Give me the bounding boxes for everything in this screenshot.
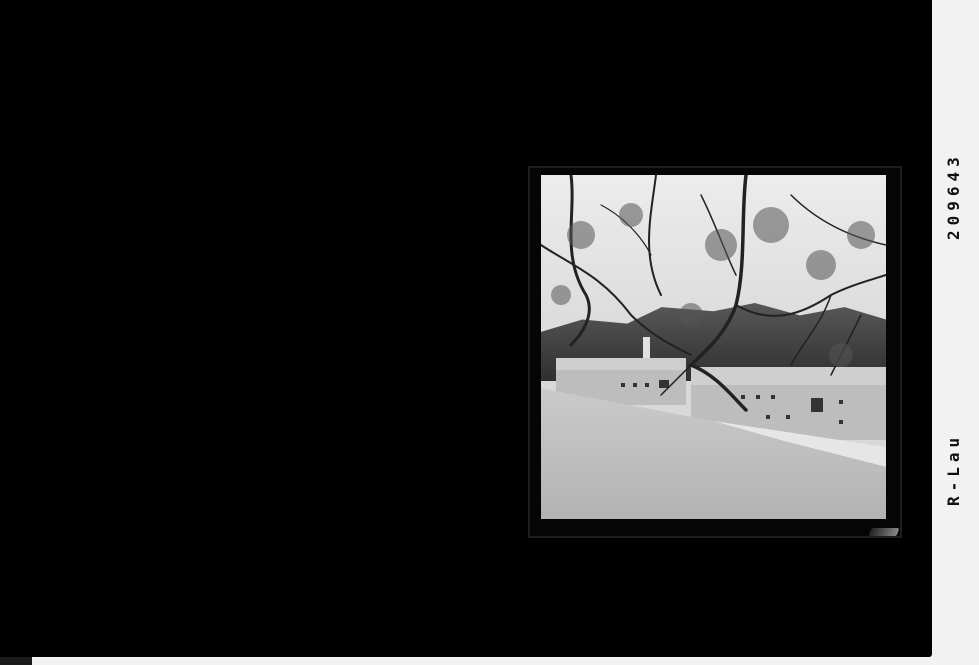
- label-strip: [932, 0, 979, 665]
- tree-branches: [541, 175, 886, 519]
- film-corner-mark: [0, 657, 32, 665]
- location-label: R-Lau: [944, 408, 974, 530]
- photograph: [541, 175, 886, 519]
- film-glare: [869, 528, 900, 536]
- archive-number: 209643: [944, 122, 974, 270]
